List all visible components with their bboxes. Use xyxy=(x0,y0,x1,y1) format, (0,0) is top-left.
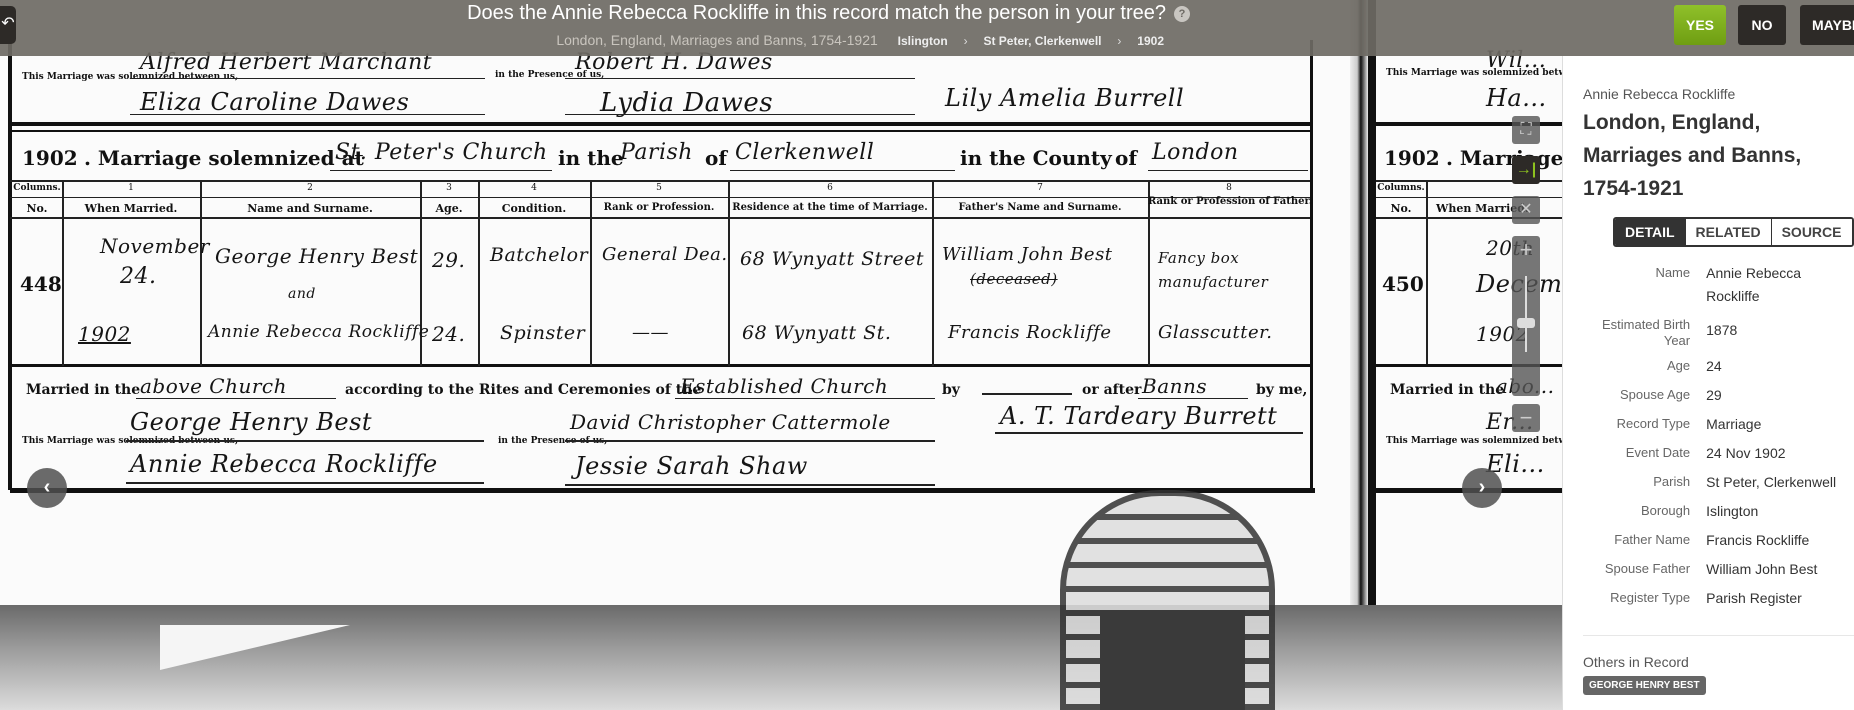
breadcrumb-parish[interactable]: St Peter, Clerkenwell xyxy=(983,34,1101,48)
record-detail-panel: Annie Rebecca Rockliffe London, England,… xyxy=(1562,56,1854,710)
entry-date-month: November xyxy=(100,234,210,258)
col-header-rank: Rank or Profession. xyxy=(590,202,728,213)
fact-value: 29 xyxy=(1706,384,1845,407)
col-num-8: 8 xyxy=(1148,183,1310,193)
zoom-control: + − xyxy=(1512,236,1540,396)
right-entry-number: 450 xyxy=(1382,272,1424,296)
heading-church: St. Peter's Church xyxy=(335,140,548,165)
zoom-slider-track[interactable] xyxy=(1525,276,1527,352)
entry-groom-age: 29. xyxy=(432,248,465,272)
match-question: Does the Annie Rebecca Rockliffe in this… xyxy=(0,2,1190,25)
record-facts: NameAnnie Rebecca Rockliffe Estimated Bi… xyxy=(1583,259,1845,613)
fact-row: NameAnnie Rebecca Rockliffe xyxy=(1583,259,1845,311)
heading-year: 1902 xyxy=(22,146,78,170)
footer-married-in: Married in the xyxy=(26,382,140,398)
col-header-residence: Residence at the time of Marriage. xyxy=(728,202,932,213)
fact-label: Register Type xyxy=(1583,587,1690,606)
heading-parish: Clerkenwell xyxy=(735,140,874,165)
fact-value: Parish Register xyxy=(1706,587,1845,610)
right-col-header-no: No. xyxy=(1376,202,1426,215)
fact-label: Estimated Birth Year xyxy=(1583,314,1690,349)
chevron-left-icon: ‹ xyxy=(44,476,51,498)
footer-rites: according to the Rites and Ceremonies of… xyxy=(345,382,701,398)
footer-by-me: by me, xyxy=(1256,382,1307,398)
fact-value: 24 xyxy=(1706,355,1845,378)
fact-value: William John Best xyxy=(1706,558,1845,581)
fact-row: BoroughIslington xyxy=(1583,497,1845,526)
fact-value: Islington xyxy=(1706,500,1845,523)
col-num-7: 7 xyxy=(932,183,1148,193)
tab-detail[interactable]: DETAIL xyxy=(1615,219,1685,245)
others-in-record-heading: Others in Record xyxy=(1583,654,1854,670)
entry-bride-name: Annie Rebecca Rockliffe xyxy=(208,322,429,342)
col-header-age: Age. xyxy=(420,202,478,215)
dock-panel-button[interactable]: →| xyxy=(1512,156,1540,184)
fact-label: Record Type xyxy=(1583,413,1690,432)
fact-row: Register TypeParish Register xyxy=(1583,584,1845,613)
heading-county: London xyxy=(1152,140,1239,165)
heading-text-1: . Marriage solemnized at xyxy=(84,146,364,170)
upper-bride-signature: Eliza Caroline Dawes xyxy=(140,88,409,116)
fact-row: ParishSt Peter, Clerkenwell xyxy=(1583,468,1845,497)
col-num-6: 6 xyxy=(728,183,932,193)
entry-and: and xyxy=(288,286,316,302)
record-image-viewer[interactable]: This Marriage was solemnized between us,… xyxy=(0,0,1562,710)
fact-value: 1878 xyxy=(1706,314,1845,342)
breadcrumb-separator: › xyxy=(1117,34,1121,48)
question-text: Does the Annie Rebecca Rockliffe in this… xyxy=(467,2,1166,24)
col-header-no: No. xyxy=(12,202,62,215)
fact-label: Parish xyxy=(1583,471,1690,490)
fact-row: Event Date24 Nov 1902 xyxy=(1583,439,1845,468)
fact-row: Age24 xyxy=(1583,352,1845,381)
fact-row: Father NameFrancis Rockliffe xyxy=(1583,526,1845,555)
heading-text-4: in the County xyxy=(960,146,1112,170)
upper-solemnized-label: This Marriage was solemnized between us, xyxy=(22,72,84,82)
entry-bride-father: Francis Rockliffe xyxy=(948,322,1112,343)
entry-groom-name: George Henry Best xyxy=(215,244,418,268)
footer-or-after: or after xyxy=(1082,382,1141,398)
col-num-1: 1 xyxy=(62,183,200,193)
right-heading-year: 1902 xyxy=(1384,146,1440,170)
fact-value: St Peter, Clerkenwell xyxy=(1706,471,1845,494)
footer-or-after-value: Banns xyxy=(1142,374,1207,398)
footer-married-in-value: above Church xyxy=(140,374,287,398)
fullscreen-button[interactable]: ⛶ xyxy=(1512,116,1540,144)
wrench-screwdriver-icon: ✕ xyxy=(1519,201,1532,218)
heading-text-3: of xyxy=(705,146,727,170)
section-divider xyxy=(1583,635,1854,636)
previous-image-button[interactable]: ‹ xyxy=(27,468,67,508)
col-num-0: Columns. xyxy=(12,183,62,193)
entry-date-day: 24. xyxy=(120,264,157,289)
next-image-button[interactable]: › xyxy=(1462,468,1502,508)
entry-bride-profession: —— xyxy=(632,322,669,343)
breadcrumb-borough[interactable]: Islington xyxy=(898,34,948,48)
other-person-tag[interactable]: GEORGE HENRY BEST xyxy=(1583,676,1706,695)
dock-arrow-icon: →| xyxy=(1516,161,1536,178)
fact-label: Name xyxy=(1583,262,1690,281)
footer-witness-2: Jessie Sarah Shaw xyxy=(575,452,808,480)
fact-label: Age xyxy=(1583,355,1690,374)
question-circle-icon[interactable]: ? xyxy=(1174,6,1190,22)
entry-groom-father-rank: Fancy box manufacturer xyxy=(1158,246,1303,294)
fact-label: Spouse Age xyxy=(1583,384,1690,403)
entry-number: 448 xyxy=(20,272,62,296)
fact-value: Marriage xyxy=(1706,413,1845,436)
upper-presence-label: in the Presence of us, xyxy=(495,70,545,80)
book-clasp-stem xyxy=(1100,610,1245,710)
book-gutter xyxy=(1350,0,1368,610)
zoom-slider-handle[interactable] xyxy=(1517,318,1535,328)
fact-value: 24 Nov 1902 xyxy=(1706,442,1845,465)
col-header-father: Father's Name and Surname. xyxy=(932,202,1148,213)
match-question-bar: ↶ Does the Annie Rebecca Rockliffe in th… xyxy=(0,0,1854,56)
fact-row: Estimated Birth Year1878 xyxy=(1583,311,1845,352)
breadcrumb-separator: › xyxy=(964,34,968,48)
heading-parish-type: Parish xyxy=(620,140,693,165)
zoom-in-button[interactable]: + xyxy=(1512,236,1540,264)
col-num-3: 3 xyxy=(420,183,478,193)
footer-groom-signature: George Henry Best xyxy=(130,408,372,436)
entry-bride-condition: Spinster xyxy=(500,322,585,344)
col-header-condition: Condition. xyxy=(478,202,590,215)
right-lower-solemnized-label: This Marriage was solemnized between us, xyxy=(1386,436,1448,446)
col-num-4: 4 xyxy=(478,183,590,193)
record-match-app: This Marriage was solemnized between us,… xyxy=(0,0,1854,710)
tab-source[interactable]: SOURCE xyxy=(1771,219,1852,245)
right-upper-party-2: Ha... xyxy=(1486,84,1547,112)
panel-tabs: DETAIL RELATED SOURCE xyxy=(1613,217,1854,247)
tab-related[interactable]: RELATED xyxy=(1685,219,1771,245)
col-num-5: 5 xyxy=(590,183,728,193)
maybe-button[interactable]: MAYBE xyxy=(1800,5,1854,45)
entry-groom-condition: Batchelor xyxy=(490,244,588,266)
no-button[interactable]: NO xyxy=(1738,5,1786,45)
entry-bride-age: 24. xyxy=(432,322,465,346)
fact-row: Record TypeMarriage xyxy=(1583,410,1845,439)
footer-solemnized-label: This Marriage was solemnized between us, xyxy=(22,436,84,446)
scan-book-edge xyxy=(0,605,1562,710)
fact-value: Francis Rockliffe xyxy=(1706,529,1845,552)
breadcrumb-year[interactable]: 1902 xyxy=(1137,34,1164,48)
col-header-father-rank: Rank or Profession of Father. xyxy=(1148,196,1310,207)
person-name-subtitle: Annie Rebecca Rockliffe xyxy=(1583,86,1854,102)
footer-bride-signature: Annie Rebecca Rockliffe xyxy=(130,450,438,478)
footer-presence-label: in the Presence of us, xyxy=(498,436,548,446)
entry-groom-father: William John Best xyxy=(942,244,1113,265)
right-upper-solemnized-label: This Marriage was solemnized between us, xyxy=(1386,68,1448,78)
fact-label: Event Date xyxy=(1583,442,1690,461)
heading-text-5: of xyxy=(1115,146,1137,170)
entry-bride-father-rank: Glasscutter. xyxy=(1158,322,1272,343)
chevron-right-icon: › xyxy=(1479,476,1486,498)
entry-date-year: 1902 xyxy=(78,322,131,346)
yes-button[interactable]: YES xyxy=(1674,5,1726,45)
entry-bride-residence: 68 Wynyatt St. xyxy=(742,322,891,344)
footer-witness-1: David Christopher Cattermole xyxy=(570,410,891,434)
entry-groom-profession: General Dea. xyxy=(602,244,728,265)
breadcrumb-collection[interactable]: London, England, Marriages and Banns, 17… xyxy=(556,32,877,48)
col-header-name: Name and Surname. xyxy=(200,202,420,215)
fact-label: Spouse Father xyxy=(1583,558,1690,577)
zoom-out-button[interactable]: − xyxy=(1512,404,1540,432)
fact-label: Borough xyxy=(1583,500,1690,519)
entry-groom-residence: 68 Wynyatt Street xyxy=(740,248,924,270)
col-num-2: 2 xyxy=(200,183,420,193)
breadcrumb: London, England, Marriages and Banns, 17… xyxy=(0,32,1164,48)
fact-row: Spouse Age29 xyxy=(1583,381,1845,410)
footer-officiant-signature: A. T. Tardeary Burrett xyxy=(1000,402,1277,430)
fullscreen-icon: ⛶ xyxy=(1520,121,1531,138)
right-married-in: Married in the xyxy=(1390,382,1504,398)
entry-groom-father-note: (deceased) xyxy=(970,270,1058,288)
tools-button[interactable]: ✕ xyxy=(1512,196,1540,224)
minus-icon: − xyxy=(1520,405,1533,430)
fact-row: Spouse FatherWilliam John Best xyxy=(1583,555,1845,584)
collection-title: London, England, Marriages and Banns, 17… xyxy=(1583,106,1833,205)
fact-value: Annie Rebecca Rockliffe xyxy=(1706,262,1845,308)
right-columns-label: Columns. xyxy=(1376,183,1426,193)
plus-icon: + xyxy=(1520,237,1533,262)
heading-text-2: in the xyxy=(558,146,624,170)
footer-rites-value: Established Church xyxy=(680,374,888,398)
right-heading-text: . Marriage xyxy=(1446,146,1562,170)
fact-label: Father Name xyxy=(1583,529,1690,548)
footer-by: by xyxy=(942,382,960,398)
upper-officiant-signature: Lily Amelia Burrell xyxy=(945,84,1184,112)
col-header-when: When Married. xyxy=(62,202,200,215)
